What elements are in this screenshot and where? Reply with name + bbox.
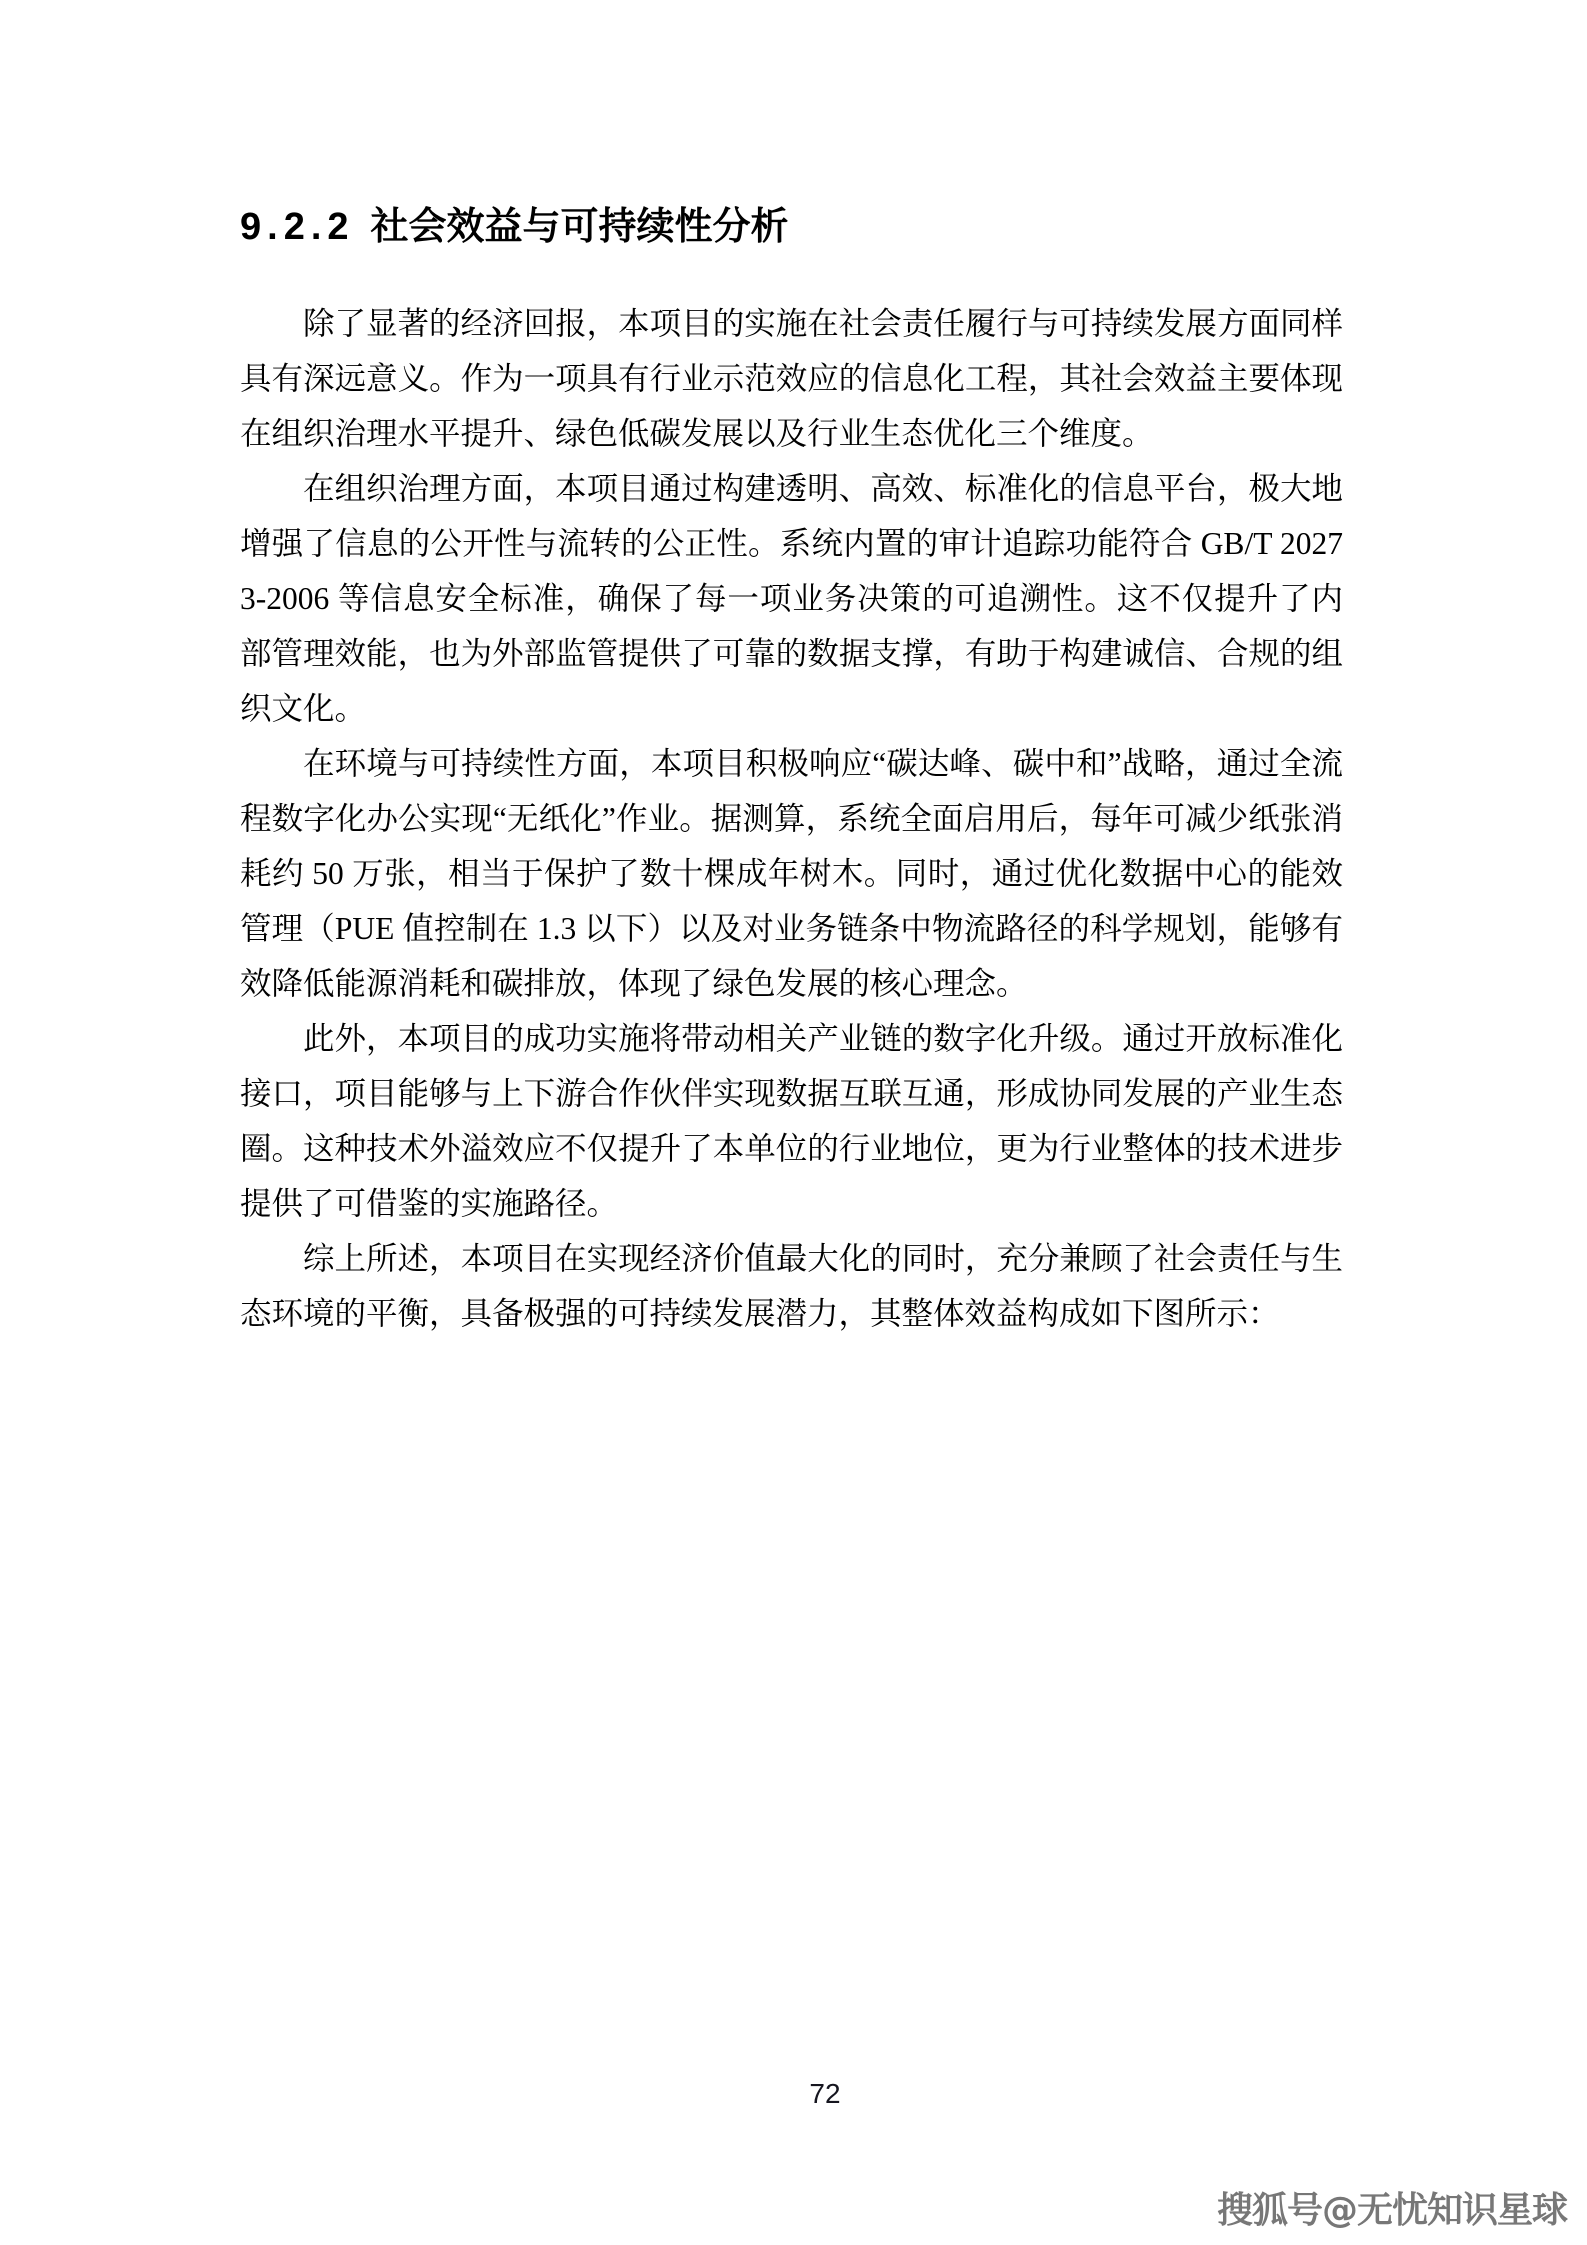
body-text-block: 除了显著的经济回报，本项目的实施在社会责任履行与可持续发展方面同样具有深远意义。… xyxy=(240,296,1343,1341)
body-paragraph: 在环境与可持续性方面，本项目积极响应“碳达峰、碳中和”战略，通过全流程数字化办公… xyxy=(240,736,1343,1011)
body-paragraph: 综上所述，本项目在实现经济价值最大化的同时，充分兼顾了社会责任与生态环境的平衡，… xyxy=(240,1231,1343,1341)
body-paragraph: 在组织治理方面，本项目通过构建透明、高效、标准化的信息平台，极大地增强了信息的公… xyxy=(240,461,1343,736)
watermark: 搜狐号@无忧知识星球 xyxy=(1217,2189,1567,2233)
section-heading: 9.2.2社会效益与可持续性分析 xyxy=(240,204,789,250)
section-number: 9.2.2 xyxy=(240,206,355,248)
section-title: 社会效益与可持续性分析 xyxy=(371,206,789,248)
page-number: 72 xyxy=(809,2078,840,2110)
document-page: 9.2.2社会效益与可持续性分析 除了显著的经济回报，本项目的实施在社会责任履行… xyxy=(0,0,1587,2245)
body-paragraph: 此外，本项目的成功实施将带动相关产业链的数字化升级。通过开放标准化接口，项目能够… xyxy=(240,1011,1343,1231)
body-paragraph: 除了显著的经济回报，本项目的实施在社会责任履行与可持续发展方面同样具有深远意义。… xyxy=(240,296,1343,461)
